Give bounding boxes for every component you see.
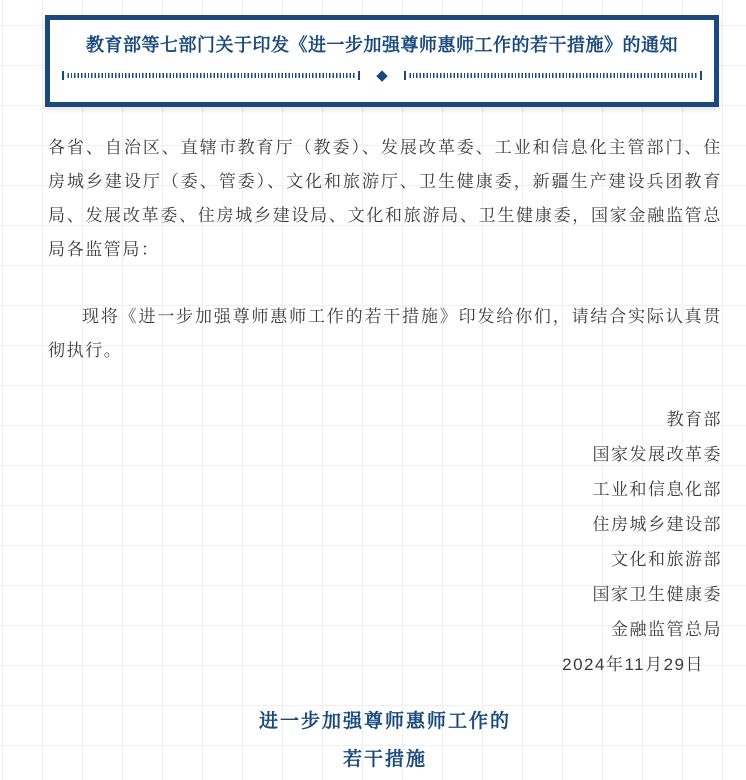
notice-title-banner: 教育部等七部门关于印发《进一步加强尊师惠师工作的若干措施》的通知 ◆ [45, 15, 719, 107]
attached-document-title-line1: 进一步加强尊师惠师工作的 [48, 703, 722, 741]
signature-line-ndrc: 国家发展改革委 [48, 437, 722, 472]
recipients-paragraph: 各省、自治区、直辖市教育厅（教委）、发展改革委、工业和信息化主管部门、住房城乡建… [48, 131, 722, 267]
signature-line-nhc: 国家卫生健康委 [48, 577, 722, 612]
title-divider: ◆ [62, 68, 702, 83]
divider-right-segment [404, 71, 702, 80]
signature-date: 2024年11月29日 [48, 647, 722, 682]
attached-document-title: 进一步加强尊师惠师工作的 若干措施 [48, 703, 722, 779]
issuance-paragraph: 现将《进一步加强尊师惠师工作的若干措施》印发给你们，请结合实际认真贯彻执行。 [48, 300, 722, 368]
signature-line-mct: 文化和旅游部 [48, 542, 722, 577]
divider-left-segment [62, 71, 360, 80]
attached-document-title-line2: 若干措施 [48, 741, 722, 779]
signature-block: 教育部 国家发展改革委 工业和信息化部 住房城乡建设部 文化和旅游部 国家卫生健… [48, 402, 722, 682]
signature-line-moe: 教育部 [48, 402, 722, 437]
signature-line-miit: 工业和信息化部 [48, 472, 722, 507]
signature-line-mohurd: 住房城乡建设部 [48, 507, 722, 542]
notice-title: 教育部等七部门关于印发《进一步加强尊师惠师工作的若干措施》的通知 [50, 32, 714, 59]
notice-document-page: 教育部等七部门关于印发《进一步加强尊师惠师工作的若干措施》的通知 ◆ 各省、自治… [0, 0, 746, 780]
diamond-icon: ◆ [376, 68, 388, 83]
notice-body: 各省、自治区、直辖市教育厅（教委）、发展改革委、工业和信息化主管部门、住房城乡建… [0, 131, 746, 779]
signature-line-nfra: 金融监管总局 [48, 612, 722, 647]
